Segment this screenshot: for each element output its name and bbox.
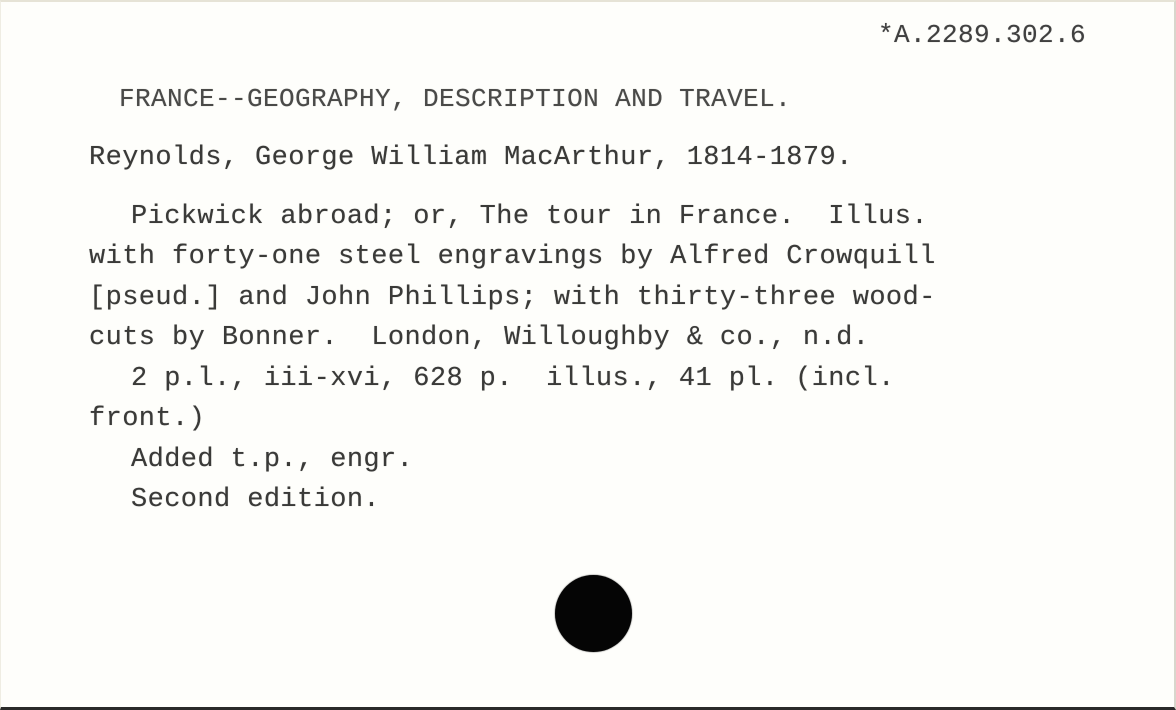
catalog-card: *A.2289.302.6 FRANCE--GEOGRAPHY, DESCRIP… [0, 0, 1176, 710]
title-line: Pickwick abroad; or, The tour in France.… [131, 202, 928, 232]
title-line: with forty-one steel engravings by Alfre… [89, 242, 936, 272]
call-number: *A.2289.302.6 [878, 20, 1086, 50]
note-line: Second edition. [131, 485, 380, 515]
collation-line: front.) [89, 404, 205, 434]
imprint-line: cuts by Bonner. London, Willoughby & co.… [89, 323, 869, 353]
author-entry: Reynolds, George William MacArthur, 1814… [89, 143, 853, 173]
note-line: Added t.p., engr. [131, 445, 413, 475]
subject-heading: FRANCE--GEOGRAPHY, DESCRIPTION AND TRAVE… [119, 84, 791, 114]
punch-hole-icon [555, 575, 632, 652]
title-line: [pseud.] and John Phillips; with thirty-… [89, 283, 936, 313]
collation-line: 2 p.l., iii-xvi, 628 p. illus., 41 pl. (… [131, 364, 895, 394]
